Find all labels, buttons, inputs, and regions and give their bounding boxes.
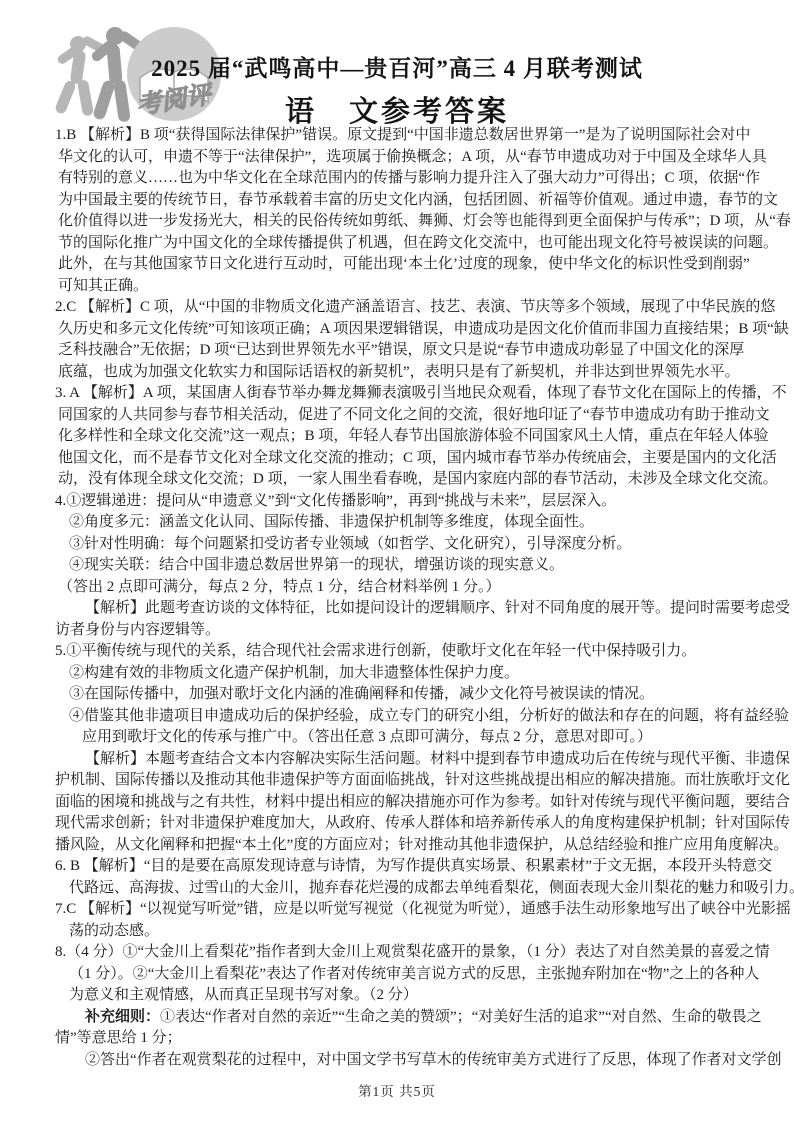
answer-line: ②构建有效的非物质文化遗产保护机制，加大非遗整体性保护力度。 xyxy=(55,663,747,685)
page-number: 第1页 共5页 xyxy=(0,1080,794,1100)
answer-line: 护机制、国际传播以及推动其他非遗保护等方面面临挑战，针对这些挑战提出相应的解决措… xyxy=(55,770,747,792)
answer-line: 播风险，从文化阐释和把握“本土化”度的方面应对；针对推动其他非遗保护，从总结经验… xyxy=(55,835,747,857)
answer-line: 可知其正确。 xyxy=(55,276,747,298)
answer-line: 乏科技融合”无依据；D 项“已达到世界领先水平”错误，原文只是说“春节申遗成功彰… xyxy=(55,340,747,362)
answer-line: 同国家的人共同参与春节相关活动，促进了不同文化之间的交流，很好地印证了“春节申遗… xyxy=(55,405,747,427)
answer-line: 节的国际化推广为中国文化的全球传播提供了机遇，但在跨文化交流中，也可能出现文化符… xyxy=(55,233,747,255)
answer-line: ③在国际传播中，加强对歌圩文化内涵的准确阐释和传播，减少文化符号被误读的情况。 xyxy=(55,684,747,706)
answer-line: 底蕴，也成为加强文化软实力和国际话语权的新契机”，表明只是有了新契机，并非达到世… xyxy=(55,362,747,384)
answer-line: ④现实关联：结合中国非遗总数居世界第一的现状，增强访谈的现实意义。 xyxy=(55,555,747,577)
answer-line: 1.B 【解析】B 项“获得国际法律保护”错误。原文提到“中国非遗总数居世界第一… xyxy=(55,125,747,147)
answer-line: 4.①逻辑递进：提问从“申遗意义”到“文化传播影响”，再到“挑战与未来”，层层深… xyxy=(55,491,747,513)
answer-line: （答出 2 点即可满分，每点 2 分，特点 1 分，结合材料举例 1 分。） xyxy=(55,577,747,599)
supplement-rule-line: 补充细则：①表达“作者对自然的亲近”“生命之美的赞颂”；“对美好生活的追求”“对… xyxy=(55,1007,747,1029)
answer-line: 访者身份与内容逻辑等。 xyxy=(55,620,747,642)
answer-line: 面临的困境和挑战与之有共性，材料中提出相应的解决措施亦可作为参考。如针对传统与现… xyxy=(55,792,747,814)
answer-line: 应用到歌圩文化的传承与推广中。（答出任意 3 点即可满分，每点 2 分，意思对即… xyxy=(55,727,747,749)
answer-line: 7.C 【解析】“以视觉写听觉”错，应是以听觉写视觉（化视觉为听觉），通感手法生… xyxy=(55,899,747,921)
answer-line: 荡的动态感。 xyxy=(55,921,747,943)
answer-line: 为意义和主观情感，从而真正呈现书写对象。（2 分） xyxy=(55,985,747,1007)
answer-line: 5.①平衡传统与现代的关系，结合现代社会需求进行创新，使歌圩文化在年轻一代中保持… xyxy=(55,641,747,663)
answer-content: 1.B 【解析】B 项“获得国际法律保护”错误。原文提到“中国非遗总数居世界第一… xyxy=(55,125,747,1071)
answer-line: 2.C 【解析】C 项，从“中国的非物质文化遗产涵盖语言、技艺、表演、节庆等多个… xyxy=(55,297,747,319)
answer-line: ②角度多元：涵盖文化认同、国际传播、非遗保护机制等多维度，体现全面性。 xyxy=(55,512,747,534)
answer-line: 3. A 【解析】A 项，某国唐人街春节举办舞龙舞狮表演吸引当地民众观看，体现了… xyxy=(55,383,747,405)
exam-title: 2025 届“武鸣高中—贵百河”高三 4 月联考测试 xyxy=(0,50,794,83)
answer-line: 情”等意思给 1 分； xyxy=(55,1028,747,1050)
answer-line: 代路远、高海拔、过雪山的大金川，抛弃春花烂漫的成都去单纯看梨花，侧面表现大金川梨… xyxy=(55,878,747,900)
answer-line: 现代需求创新；针对非遗保护难度加大，从政府、传承人群体和培养新传承人的角度构建保… xyxy=(55,813,747,835)
supplement-text: ①表达“作者对自然的亲近”“生命之美的赞颂”；“对美好生活的追求”“对自然、生命… xyxy=(160,1009,762,1025)
answer-line: 为中国最主要的传统节日，春节承载着丰富的历史文化内涵，包括团圆、祈福等价值观。通… xyxy=(55,190,747,212)
answer-line: 化价值得以进一步发扬光大，相关的民俗传统如剪纸、舞狮、灯会等也能得到更全面保护与… xyxy=(55,211,747,233)
answer-line: 有特别的意义……也为中华文化在全球范围内的传播与影响力提升注入了强大动力”可得出… xyxy=(55,168,747,190)
answer-line: 此外，在与其他国家节日文化进行互动时，可能出现‘本土化’过度的现象，使中华文化的… xyxy=(55,254,747,276)
answer-line: 8.（4 分）①“大金川上看梨花”指作者到大金川上观赏梨花盛开的景象，（1 分）… xyxy=(55,942,747,964)
header: 2025 届“武鸣高中—贵百河”高三 4 月联考测试 语 文参考答案 xyxy=(0,0,794,130)
answer-line: 6. B 【解析】“目的是要在高原发现诗意与诗情，为写作提供真实场景、积累素材”… xyxy=(55,856,747,878)
answer-line: 华文化的认可，申遗不等于“法律保护”，选项属于偷换概念；A 项，从“春节申遗成功… xyxy=(55,147,747,169)
answer-line: 【解析】此题考查访谈的文体特征，比如提问设计的逻辑顺序、针对不同角度的展开等。提… xyxy=(55,598,747,620)
answer-line: 化多样性和全球文化交流”这一观点；B 项，年轻人春节出国旅游体验不同国家风土人情… xyxy=(55,426,747,448)
answer-line: 动，没有体现全球文化交流；D 项，一家人围坐看春晚，是国内家庭内部的春节活动，未… xyxy=(55,469,747,491)
answer-line: ③针对性明确：每个问题紧扣受访者专业领域（如哲学、文化研究），引导深度分析。 xyxy=(55,534,747,556)
answer-line: 他国文化，而不是春节文化对全球文化交流的推动；C 项，国内城市春节举办传统庙会，… xyxy=(55,448,747,470)
page-title: 语 文参考答案 xyxy=(0,89,794,130)
document-page: { "page": { "title_line1": "2025 届“武鸣高中—… xyxy=(0,0,794,1123)
answer-line: 【解析】本题考查结合文本内容解决实际生活问题。材料中提到春节申遗成功后在传统与现… xyxy=(55,749,747,771)
answer-line: 久历史和多元文化传统”可知该项正确；A 项因果逻辑错误，申遗成功是因文化价值而非… xyxy=(55,319,747,341)
answer-line: ②答出“作者在观赏梨花的过程中，对中国文学书写草木的传统审美方式进行了反思，体现… xyxy=(55,1050,747,1072)
answer-line: （1 分）。②“大金川上看梨花”表达了作者对传统审美言说方式的反思，主张抛弃附加… xyxy=(55,964,747,986)
supplement-label: 补充细则： xyxy=(85,1009,160,1025)
answer-line: ④借鉴其他非遗项目申遗成功后的保护经验，成立专门的研究小组，分析好的做法和存在的… xyxy=(55,706,747,728)
